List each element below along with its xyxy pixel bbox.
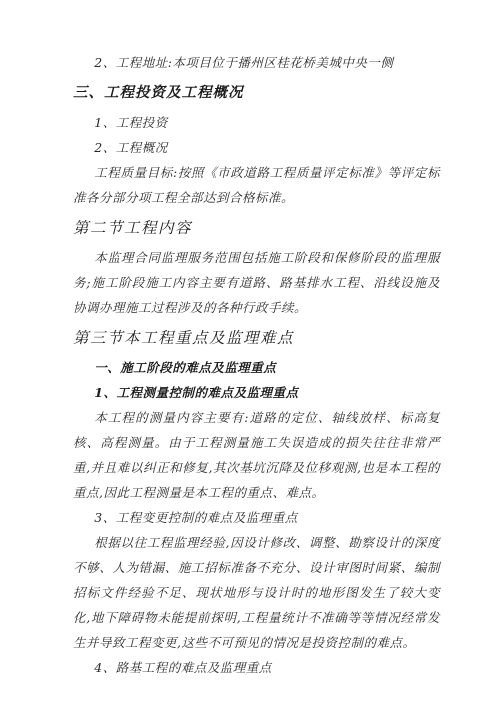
subheading-change-control: 3、工程变更控制的难点及监理重点 bbox=[73, 505, 440, 530]
subheading-roadbed-works: 4、路基工程的难点及监理重点 bbox=[73, 655, 440, 680]
list-item-project-investment: 1、工程投资 bbox=[73, 110, 440, 135]
document-content: 2、工程地址:本项目位于播州区桂花桥美城中央一侧 三、工程投资及工程概况 1、工… bbox=[73, 50, 440, 680]
list-item-project-overview: 2、工程概况 bbox=[73, 135, 440, 160]
document-page: 2、工程地址:本项目位于播州区桂花桥美城中央一侧 三、工程投资及工程概况 1、工… bbox=[0, 0, 496, 701]
heading-investment-and-overview: 三、工程投资及工程概况 bbox=[73, 79, 440, 107]
section-heading-project-content: 第二节工程内容 bbox=[73, 213, 440, 243]
section-heading-key-points: 第三节本工程重点及监理难点 bbox=[73, 323, 440, 353]
paragraph-change-causes: 根据以往工程监理经验,因设计修改、调整、勘察设计的深度不够、人为错漏、施工招标准… bbox=[73, 530, 440, 655]
paragraph-survey-content: 本工程的测量内容主要有:道路的定位、轴线放样、标高复核、高程测量。由于工程测量施… bbox=[73, 405, 440, 505]
subheading-construction-stage: 一、施工阶段的难点及监理重点 bbox=[73, 355, 440, 380]
paragraph-project-address: 2、工程地址:本项目位于播州区桂花桥美城中央一侧 bbox=[73, 50, 440, 75]
paragraph-supervision-scope: 本监理合同监理服务范围包括施工阶段和保修阶段的监理服务;施工阶段施工内容主要有道… bbox=[73, 245, 440, 320]
subheading-survey-control: 1、工程测量控制的难点及监理重点 bbox=[73, 380, 440, 405]
paragraph-quality-target: 工程质量目标:按照《市政道路工程质量评定标准》等评定标准各分部分项工程全部达到合… bbox=[73, 160, 440, 210]
